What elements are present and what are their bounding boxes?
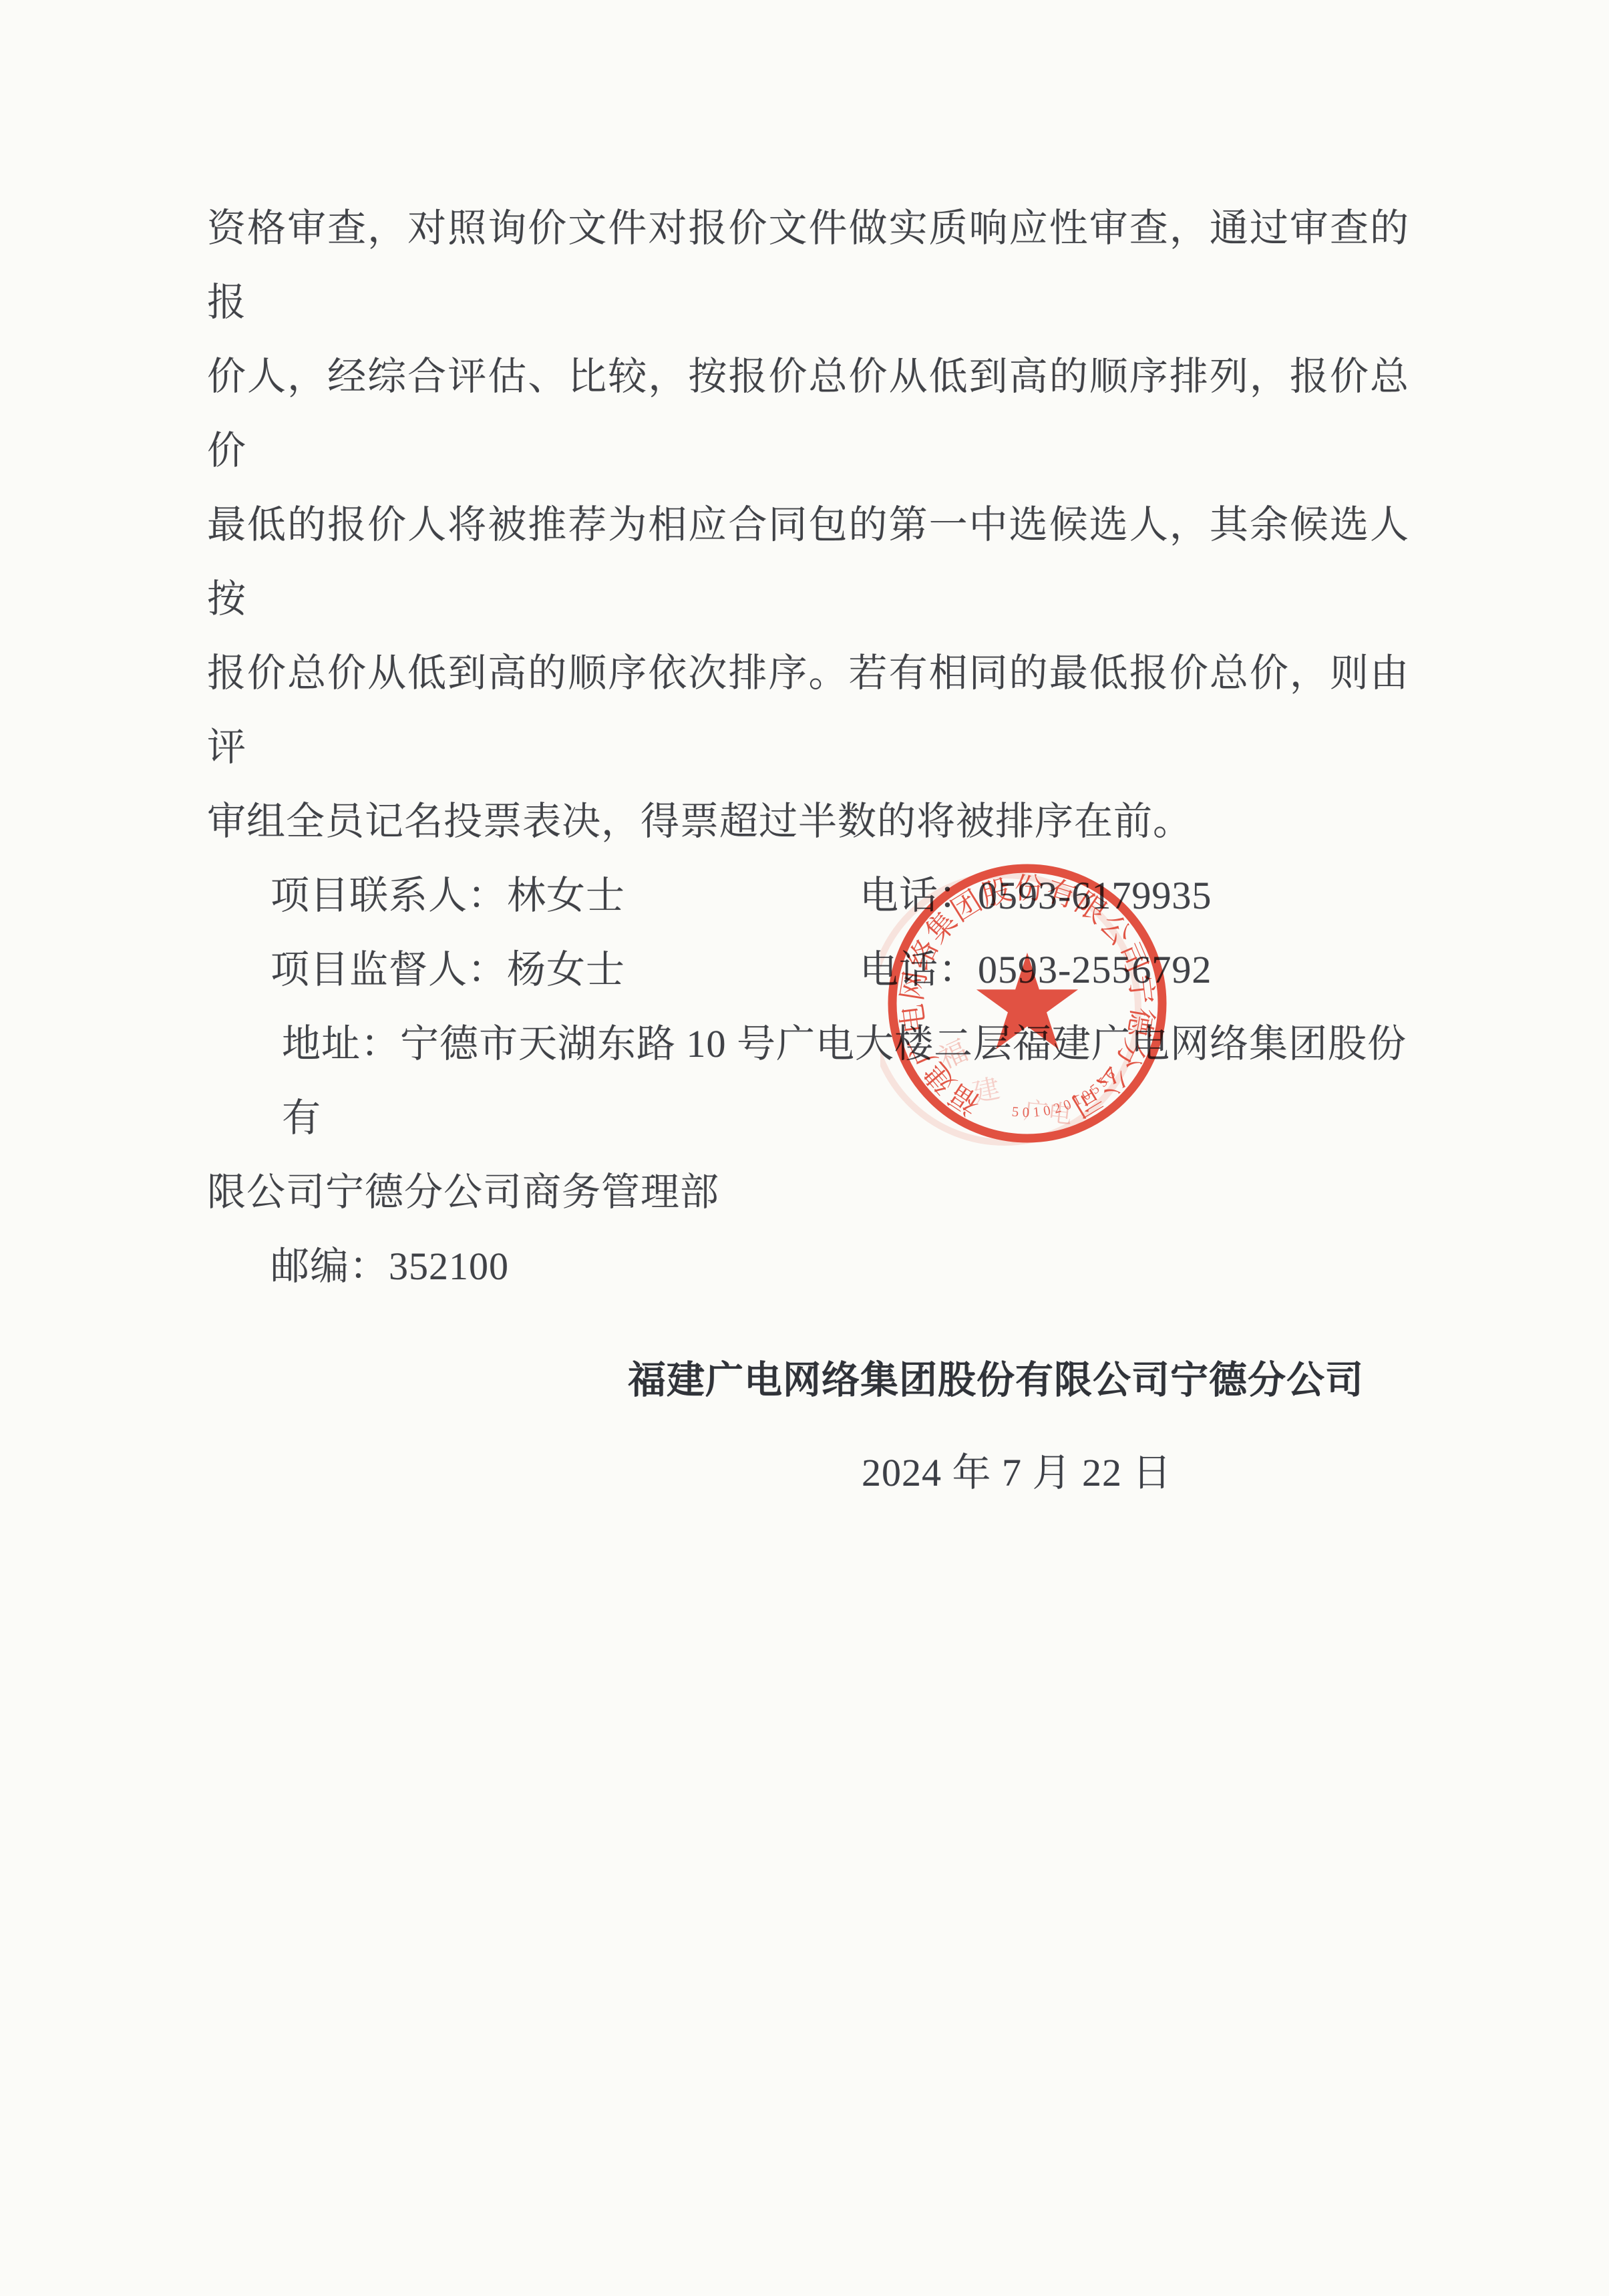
document-body: 资格审查，对照询价文件对报价文件做实质响应性审查，通过审查的报 价人，经综合评估… bbox=[207, 191, 1409, 1500]
contact-person: 项目联系人：林女士 bbox=[271, 874, 625, 917]
postal-code-line: 邮编：352100 bbox=[207, 1229, 1409, 1303]
paragraph-line: 价人，经综合评估、比较，按报价总价从低到高的顺序排列，报价总价 bbox=[207, 339, 1409, 488]
signature-date: 2024 年 7 月 22 日 bbox=[207, 1446, 1409, 1500]
supervisor-row: 项目监督人：杨女士 电话：0593-2556792 bbox=[207, 933, 1409, 1007]
paragraph-line: 最低的报价人将被推荐为相应合同包的第一中选候选人，其余候选人按 bbox=[207, 488, 1409, 636]
paragraph-line: 资格审查，对照询价文件对报价文件做实质响应性审查，通过审查的报 bbox=[207, 191, 1409, 339]
seal-ghost-chars: 广电 bbox=[1023, 1097, 1073, 1128]
address-line: 地址：宁德市天湖东路 10 号广电大楼二层福建广电网络集团股份有 bbox=[207, 1007, 1409, 1155]
paragraph-line: 审组全员记名投票表决，得票超过半数的将被排序在前。 bbox=[207, 784, 1409, 858]
signature-company-name: 福建广电网络集团股份有限公司宁德分公司 bbox=[207, 1354, 1409, 1408]
star-icon bbox=[976, 953, 1078, 1049]
address-line: 限公司宁德分公司商务管理部 bbox=[207, 1155, 1409, 1229]
company-seal: 福建广电网络集团股份有限公司宁德分公司 50102010556 福 建 广电 bbox=[880, 856, 1174, 1150]
supervisor-person: 项目监督人：杨女士 bbox=[271, 948, 625, 991]
contact-row: 项目联系人：林女士 电话：0593-6179935 bbox=[207, 858, 1409, 933]
seal-ghost-char: 建 bbox=[970, 1073, 1003, 1108]
paragraph-line: 报价总价从低到高的顺序依次排序。若有相同的最低报价总价，则由评 bbox=[207, 636, 1409, 784]
document-page: 资格审查，对照询价文件对报价文件做实质响应性审查，通过审查的报 价人，经综合评估… bbox=[0, 0, 1609, 2296]
